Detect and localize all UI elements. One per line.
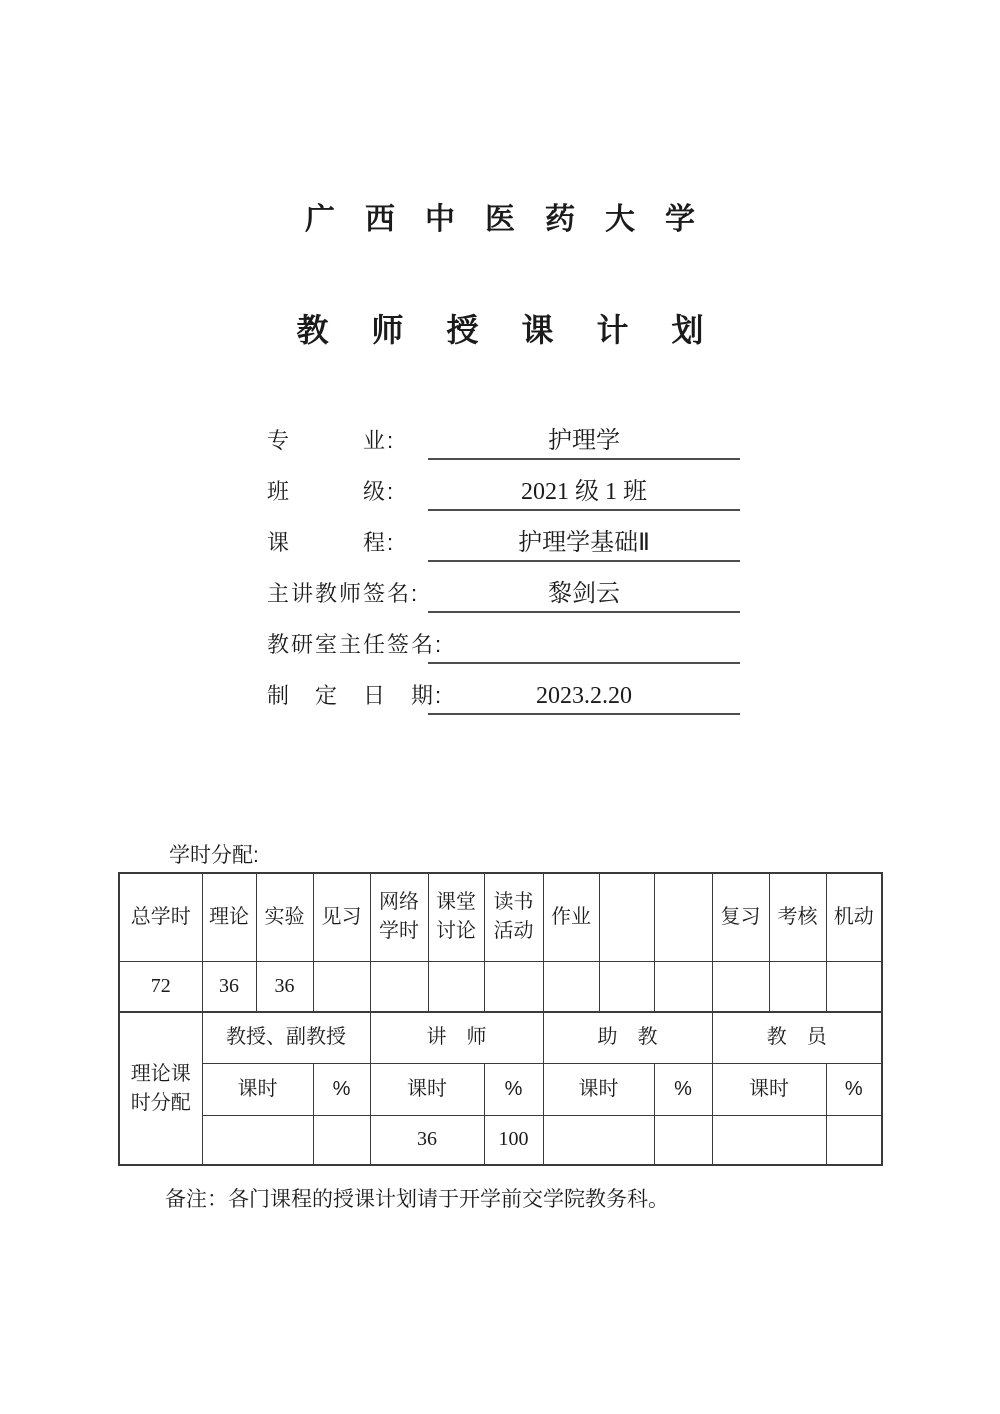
- data-instructor-hours: [712, 1115, 826, 1165]
- value-theory: 36: [202, 961, 256, 1012]
- value-review: [712, 961, 769, 1012]
- group-header-lecturer: 讲 师: [370, 1012, 543, 1063]
- col-header-experiment: 实验: [256, 873, 313, 961]
- value-flexible: [826, 961, 882, 1012]
- col-header-flexible: 机动: [826, 873, 882, 961]
- value-blank-2: [654, 961, 712, 1012]
- form-label-lecturer-signature: 主讲教师签名:: [267, 581, 428, 613]
- form-value-course: 护理学基础Ⅱ: [428, 528, 740, 562]
- form-label-class: 班 级:: [267, 479, 428, 511]
- data-assistant-hours: [543, 1115, 654, 1165]
- col-header-blank-2: [654, 873, 712, 961]
- subheader-assistant-hours: 课时: [543, 1063, 654, 1115]
- form-value-lecturer-signature: 黎剑云: [428, 579, 740, 613]
- subheader-professor-hours: 课时: [202, 1063, 313, 1115]
- data-lecturer-hours: 36: [370, 1115, 484, 1165]
- form-label-major: 专 业:: [267, 428, 428, 460]
- hours-value-row: 72 36 36: [119, 961, 882, 1012]
- document-page: 广西中医药大学 教师授课计划 专 业: 护理学 班 级: 2021 级 1 班 …: [0, 0, 1000, 1414]
- value-total-hours: 72: [119, 961, 202, 1012]
- form-label-date: 制 定 日 期:: [267, 683, 428, 715]
- theory-hours-allocation-label: 理论课 时分配: [119, 1012, 202, 1165]
- data-assistant-percent: [654, 1115, 712, 1165]
- header-row: 总学时 理论 实验 见习 网络 学时 课堂 讨论 读书 活动 作业 复习 考核 …: [119, 873, 882, 961]
- form-label-course: 课 程:: [267, 530, 428, 562]
- form-row-date: 制 定 日 期: 2023.2.20: [267, 664, 740, 715]
- form-row-major: 专 业: 护理学: [267, 409, 740, 460]
- remark-note: 备注：各门课程的授课计划请于开学前交学院教务科。: [165, 1188, 669, 1212]
- col-header-reading-activity: 读书 活动: [484, 873, 543, 961]
- doc-title-text: 教师授课计划: [296, 312, 746, 348]
- group-header-instructor: 教 员: [712, 1012, 882, 1063]
- teaching-plan-form: 专 业: 护理学 班 级: 2021 级 1 班 课 程: 护理学基础Ⅱ 主讲教…: [267, 409, 740, 715]
- university-name: 广西中医药大学: [305, 203, 725, 236]
- subheader-lecturer-percent: %: [484, 1063, 543, 1115]
- col-header-online-hours: 网络 学时: [370, 873, 428, 961]
- form-value-director-signature: [428, 630, 740, 664]
- subheader-professor-percent: %: [313, 1063, 370, 1115]
- subheader-instructor-percent: %: [826, 1063, 882, 1115]
- value-homework: [543, 961, 599, 1012]
- value-experiment: 36: [256, 961, 313, 1012]
- form-label-director-signature: 教研室主任签名:: [267, 632, 428, 664]
- value-blank-1: [599, 961, 654, 1012]
- group-header-professor: 教授、副教授: [202, 1012, 370, 1063]
- col-header-blank-1: [599, 873, 654, 961]
- subheader-lecturer-hours: 课时: [370, 1063, 484, 1115]
- subheader-instructor-hours: 课时: [712, 1063, 826, 1115]
- col-header-review: 复习: [712, 873, 769, 961]
- col-header-assessment: 考核: [769, 873, 826, 961]
- col-header-total-hours: 总学时: [119, 873, 202, 961]
- value-assessment: [769, 961, 826, 1012]
- form-value-date: 2023.2.20: [428, 681, 740, 715]
- value-reading-activity: [484, 961, 543, 1012]
- value-class-discussion: [428, 961, 484, 1012]
- value-online-hours: [370, 961, 428, 1012]
- value-practicum: [313, 961, 370, 1012]
- hours-allocation-label: 学时分配:: [169, 845, 259, 867]
- data-professor-hours: [202, 1115, 313, 1165]
- rank-data-row: 36 100: [119, 1115, 882, 1165]
- subheader-row: 课时 % 课时 % 课时 % 课时 %: [119, 1063, 882, 1115]
- page-title: 广西中医药大学: [0, 203, 1000, 237]
- form-row-course: 课 程: 护理学基础Ⅱ: [267, 511, 740, 562]
- col-header-theory: 理论: [202, 873, 256, 961]
- doc-subtitle: 教师授课计划: [0, 312, 1000, 348]
- subheader-assistant-percent: %: [654, 1063, 712, 1115]
- group-header-assistant: 助 教: [543, 1012, 712, 1063]
- form-row-lecturer-signature: 主讲教师签名: 黎剑云: [267, 562, 740, 613]
- data-instructor-percent: [826, 1115, 882, 1165]
- col-header-practicum: 见习: [313, 873, 370, 961]
- col-header-homework: 作业: [543, 873, 599, 961]
- col-header-class-discussion: 课堂 讨论: [428, 873, 484, 961]
- data-professor-percent: [313, 1115, 370, 1165]
- hours-allocation-table: 总学时 理论 实验 见习 网络 学时 课堂 讨论 读书 活动 作业 复习 考核 …: [118, 872, 883, 1166]
- form-value-major: 护理学: [428, 426, 740, 460]
- rank-group-row: 理论课 时分配 教授、副教授 讲 师 助 教 教 员: [119, 1012, 882, 1063]
- data-lecturer-percent: 100: [484, 1115, 543, 1165]
- form-row-director-signature: 教研室主任签名:: [267, 613, 740, 664]
- form-value-class: 2021 级 1 班: [428, 477, 740, 511]
- form-row-class: 班 级: 2021 级 1 班: [267, 460, 740, 511]
